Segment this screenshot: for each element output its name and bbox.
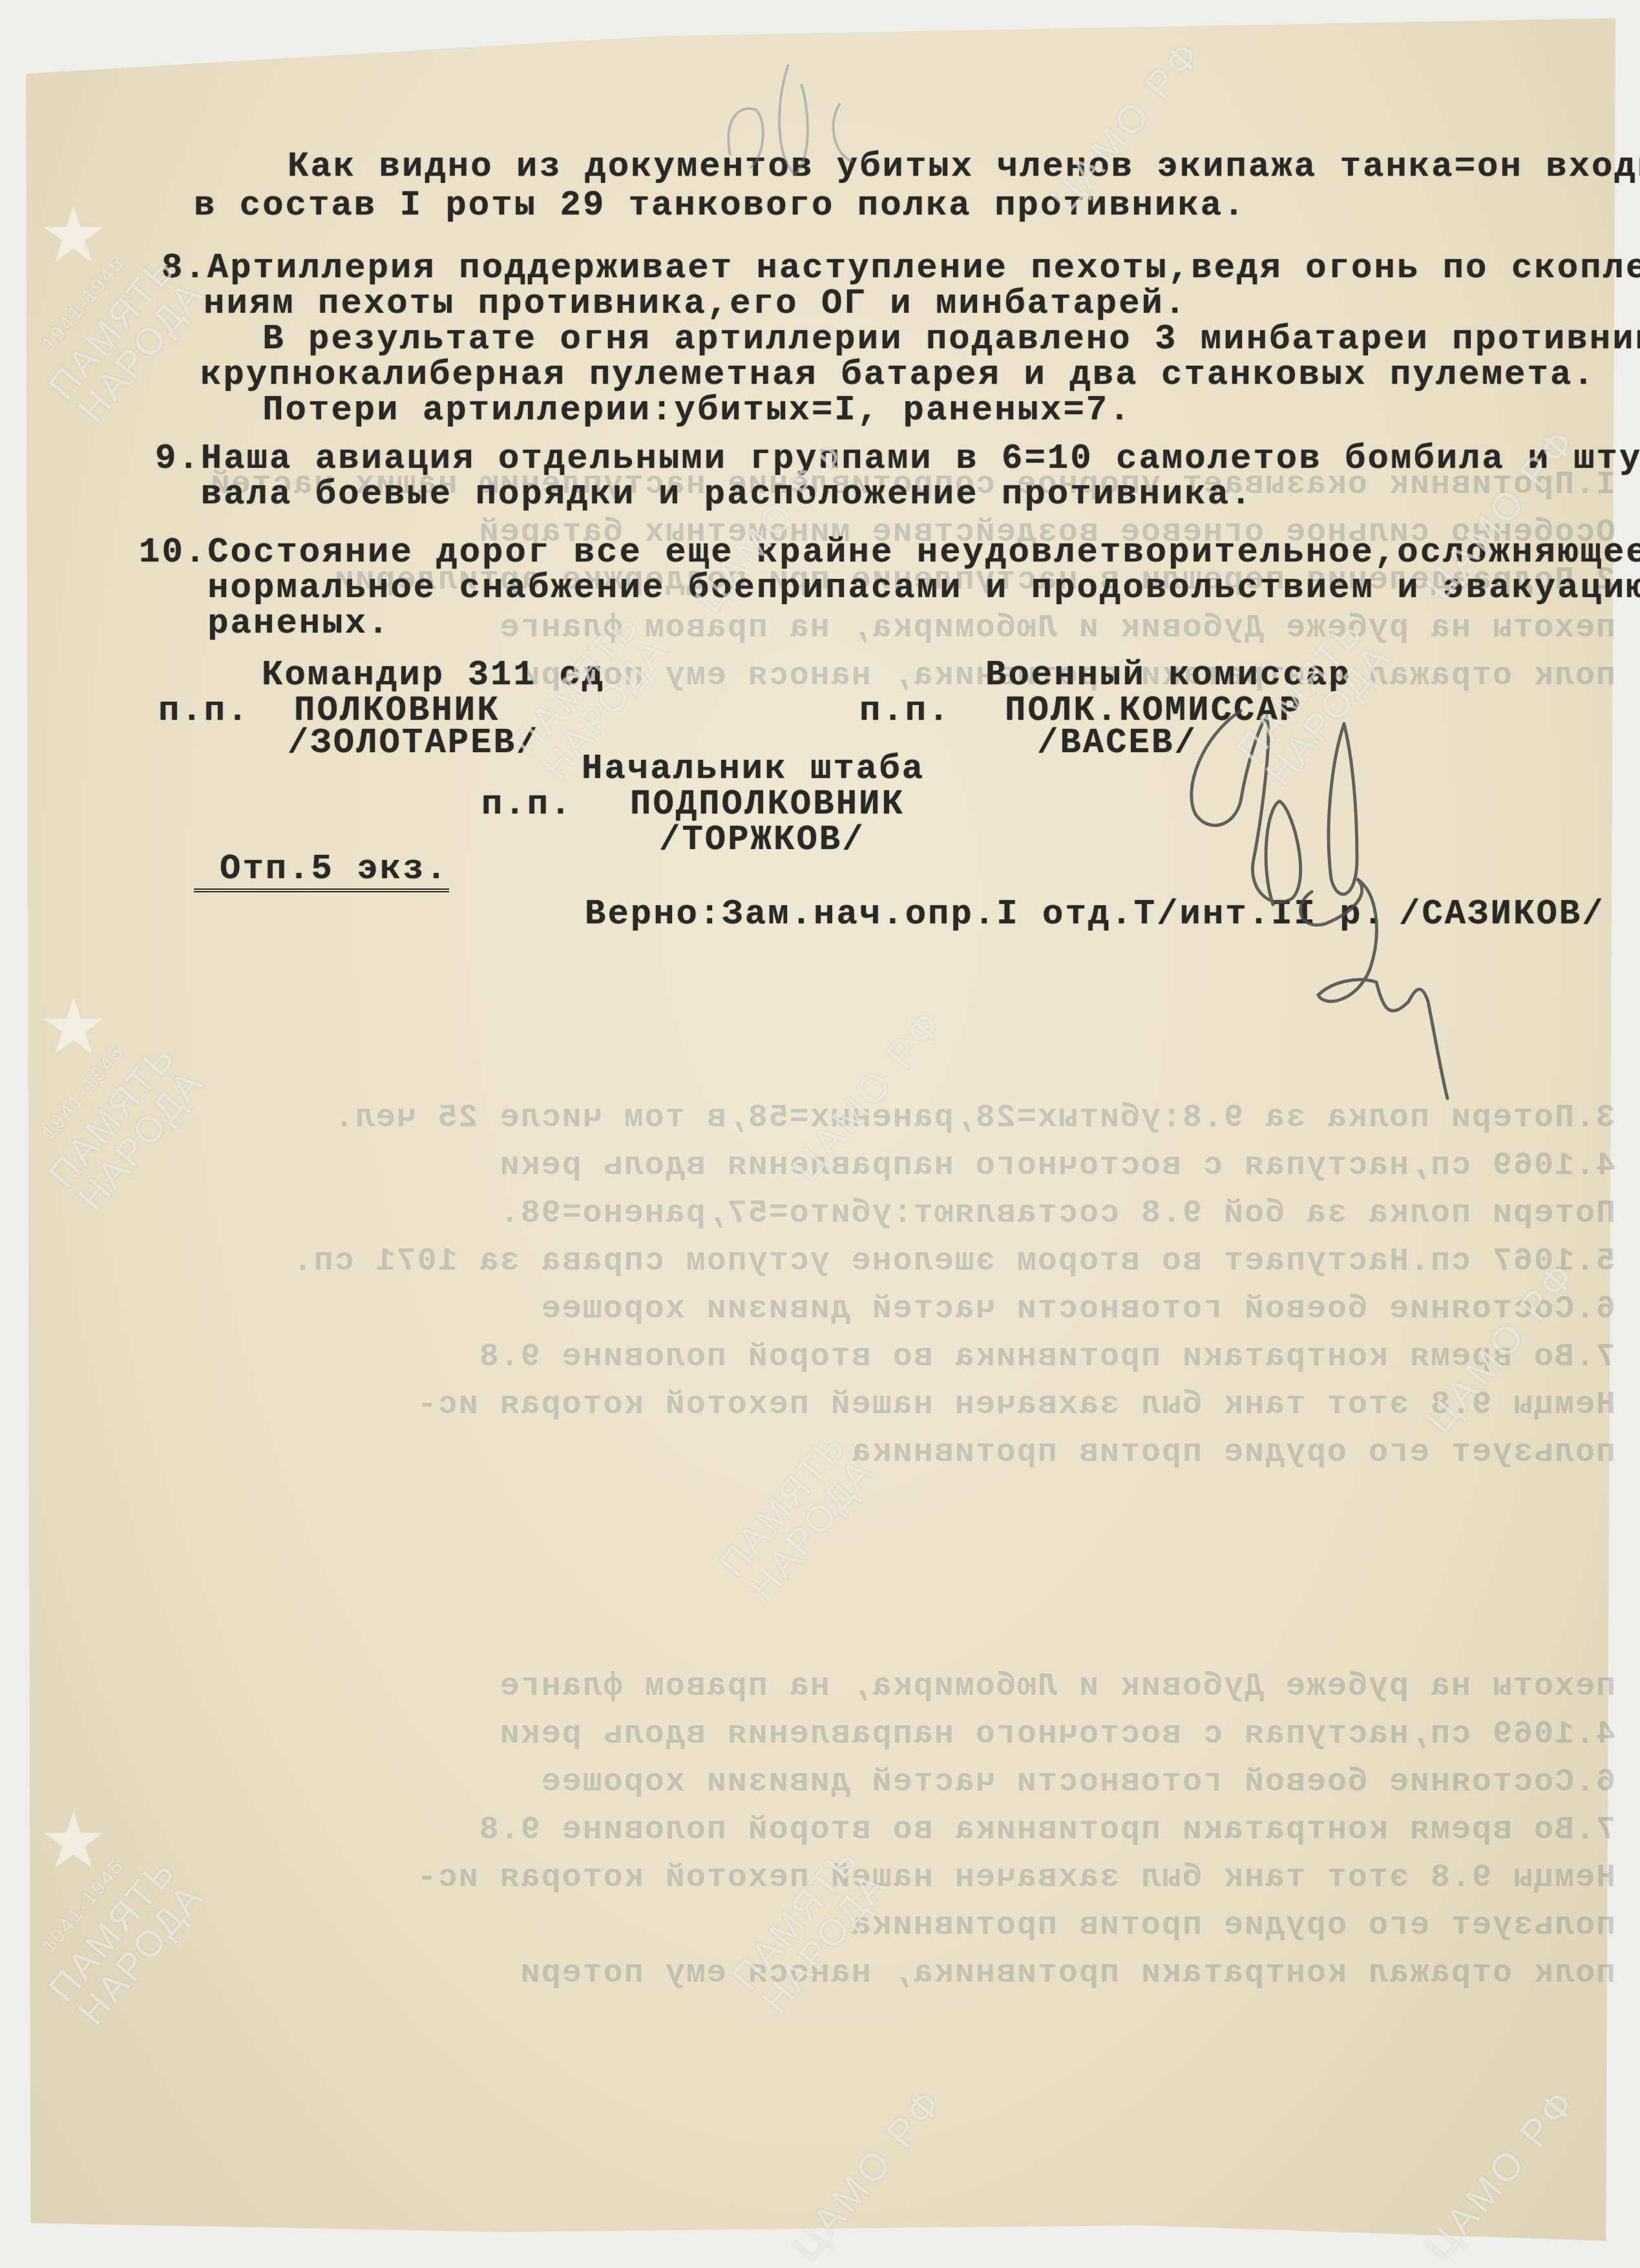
paragraph-10: раненых. — [139, 604, 390, 644]
pencil-mark-icon — [711, 26, 879, 194]
copies-note: Отп.5 экз. — [220, 850, 448, 889]
pencil-signature-icon — [1163, 698, 1486, 1111]
chief-of-staff-name: /ТОРЖКОВ/ — [659, 821, 865, 860]
chief-of-staff-rank: ПОДПОЛКОВНИК — [630, 785, 905, 824]
chief-of-staff-title: Начальник штаба — [582, 750, 925, 789]
paragraph-8: крупнокалиберная пулеметная батарея и дв… — [200, 355, 1596, 395]
commissar-prefix: п.п. — [859, 691, 951, 731]
paragraph-8: 8.Артиллерия поддерживает наступление пе… — [162, 249, 1640, 288]
chief-of-staff-prefix: п.п. — [481, 785, 573, 824]
paragraph-10: нормальное снабжение боеприпасами и прод… — [139, 569, 1640, 608]
paragraph-9: 9.Наша авиация отдельными группами в 6=1… — [155, 439, 1640, 479]
divider-line — [194, 888, 449, 892]
bleed-through-text: пехоты на рубеже Дубовик и Любомирка, на… — [39, 1615, 1615, 2046]
paragraph-8: ниям пехоты противника,его ОГ и минбатар… — [204, 284, 1187, 324]
commander-prefix: п.п. — [158, 691, 250, 731]
paragraph-8: В результате огня артиллерии подавлено 3… — [194, 320, 1640, 359]
paragraph-9: вала боевые порядки и расположение проти… — [155, 475, 1253, 514]
paragraph-8: Потери артиллерии:убитых=I, раненых=7. — [194, 391, 1132, 430]
paragraph-tank-crew: Как видно из документов убитых членов эк… — [288, 147, 1640, 187]
paragraph-10: 10.Состояние дорог все еще крайне неудов… — [139, 533, 1640, 572]
commander-name: /ЗОЛОТАРЕВ/ — [288, 724, 539, 763]
